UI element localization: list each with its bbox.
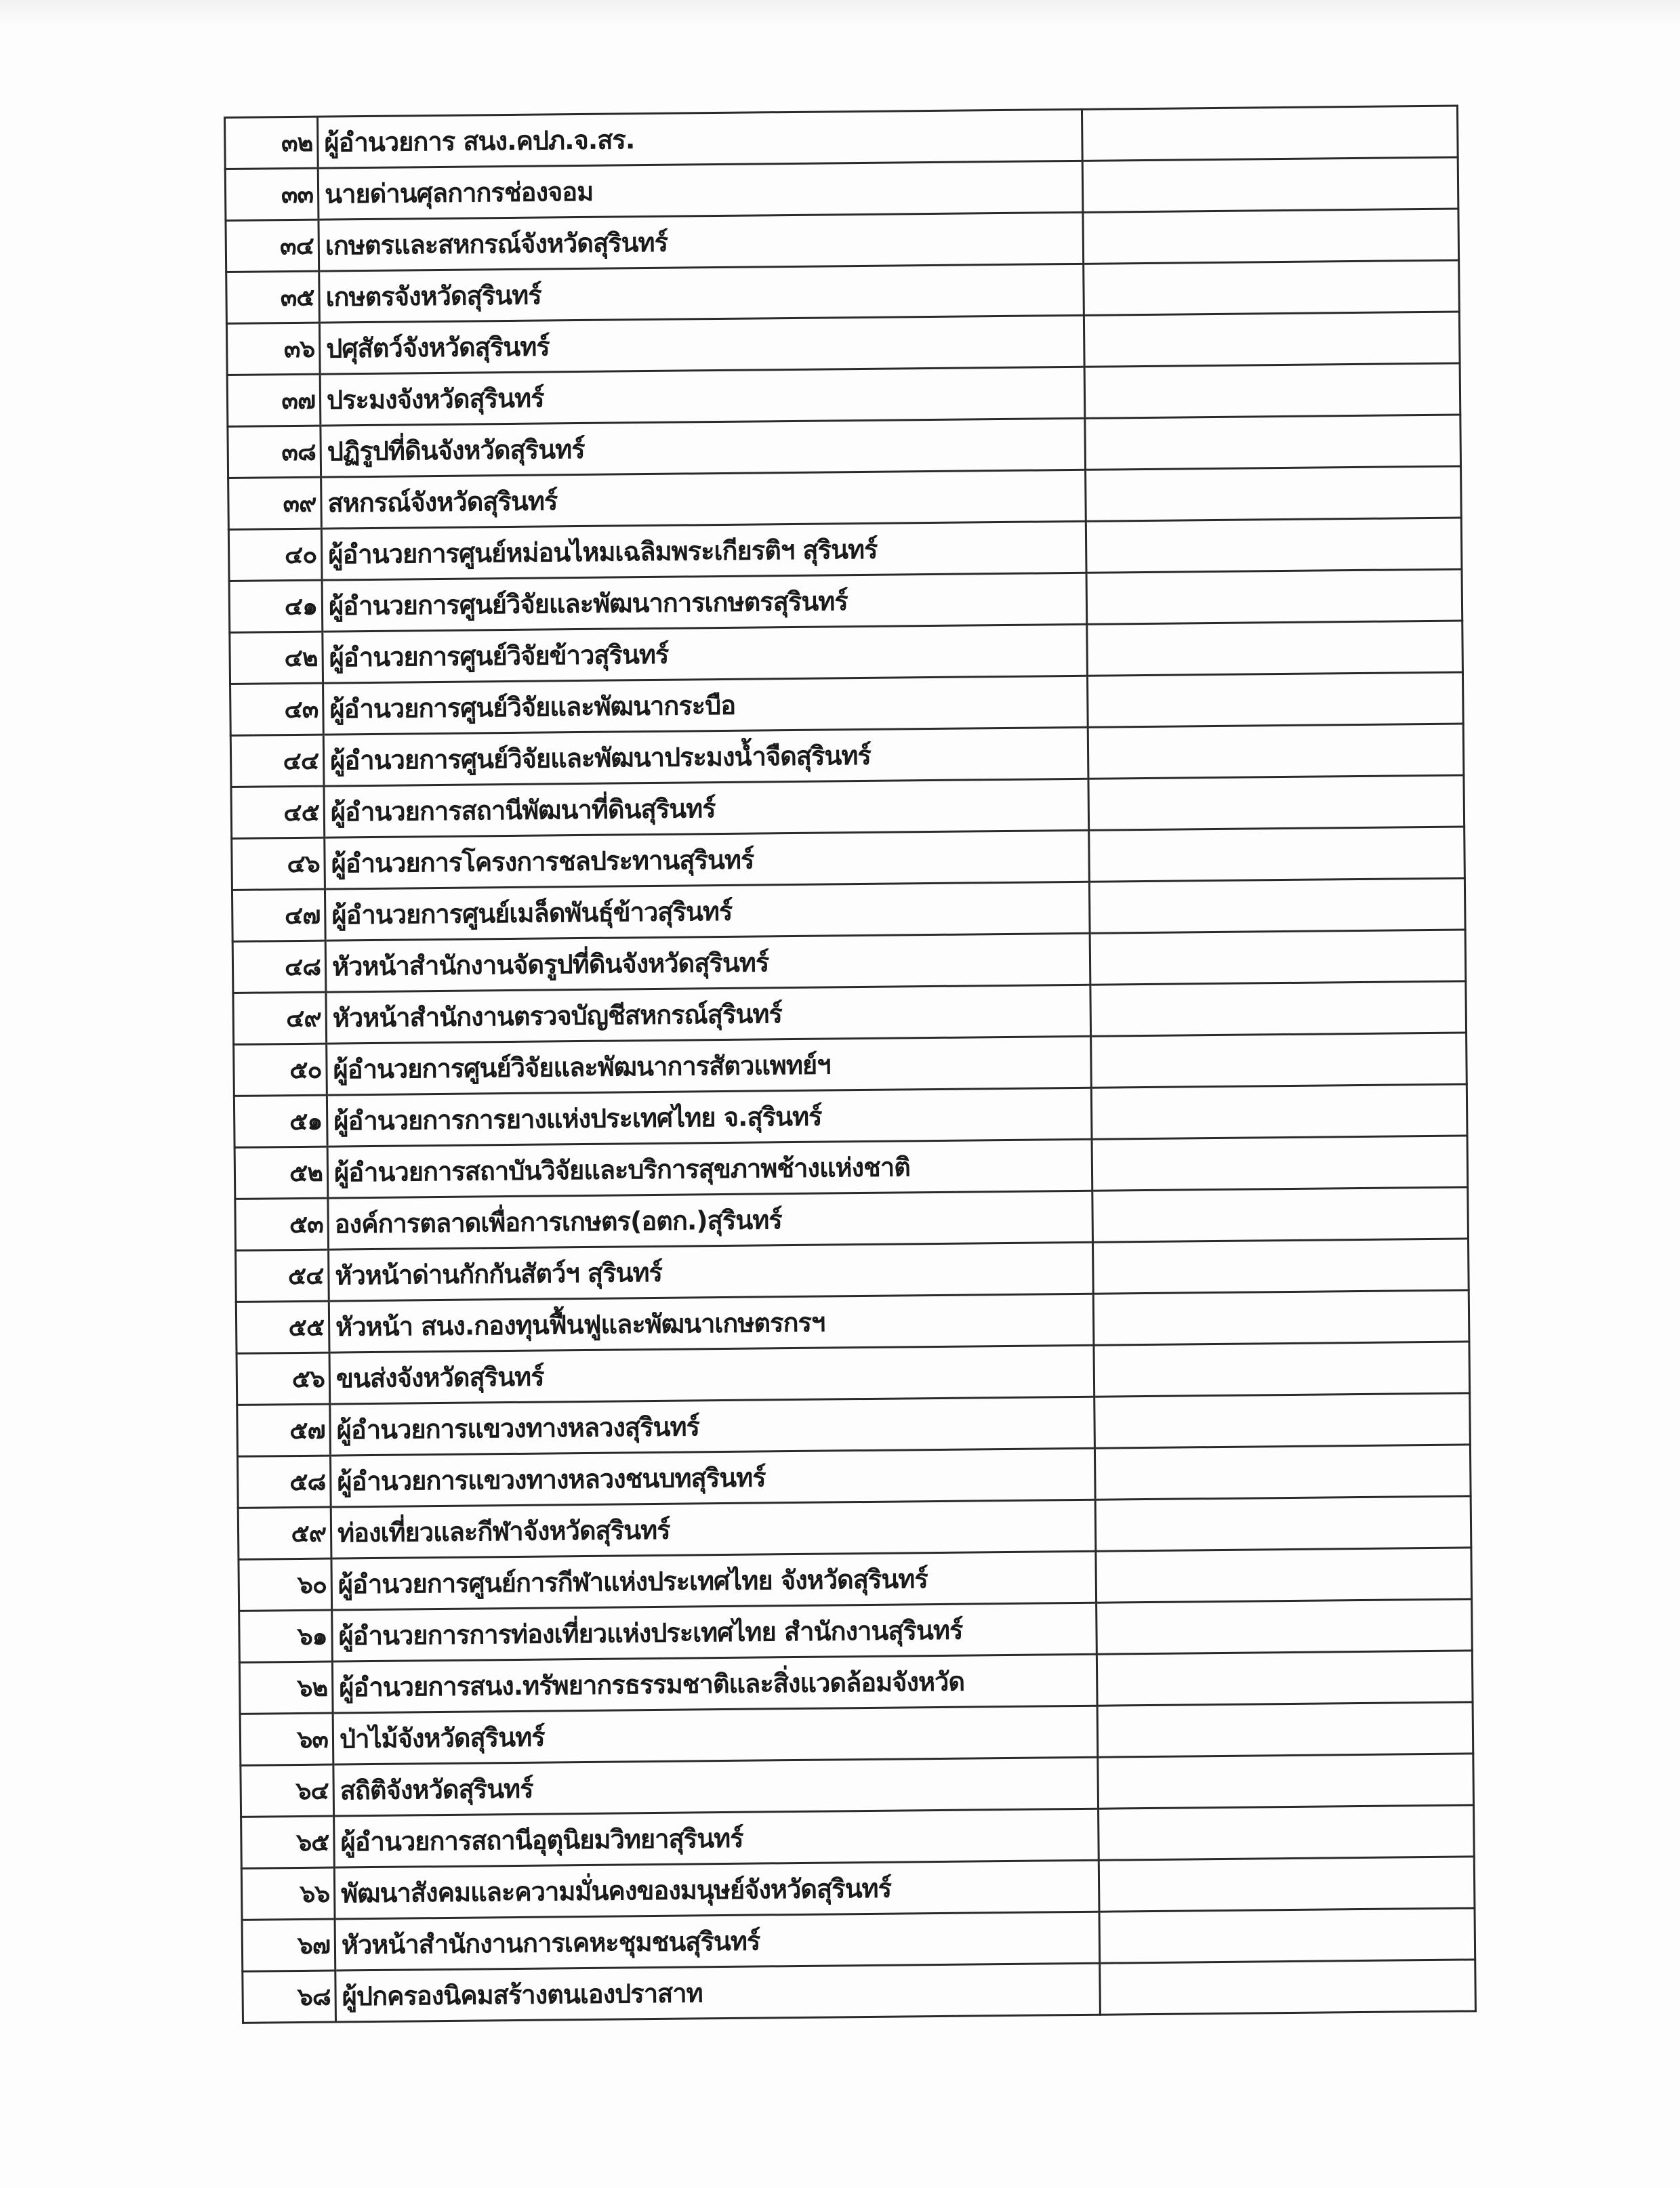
recipient-name: ผู้อำนวยการศูนย์วิจัยข้าวสุรินทร์ (323, 624, 1088, 683)
recipient-name: นายด่านศุลกากรช่องจอม (318, 161, 1083, 220)
row-number: ๓๙ (228, 477, 322, 529)
recipient-name: ท่องเที่ยวและกีฬาจังหวัดสุรินทร์ (331, 1500, 1096, 1559)
row-number: ๖๘ (243, 1970, 336, 2023)
recipient-name: ผู้อำนวยการศูนย์วิจัยและพัฒนาการสัตวแพทย… (327, 1036, 1092, 1095)
row-number: ๔๖ (232, 838, 325, 890)
row-number: ๕๗ (237, 1404, 331, 1456)
signature-cell (1091, 1033, 1467, 1088)
recipient-name: ผู้อำนวยการแขวงทางหลวงสุรินทร์ (330, 1397, 1095, 1456)
recipient-table: ๓๒ ผู้อำนวยการ สนง.คปภ.จ.สร. ๓๓ นายด่านศ… (224, 105, 1477, 2024)
signature-cell (1098, 1754, 1474, 1809)
row-number: ๓๗ (227, 374, 321, 426)
recipient-name: ขนส่งจังหวัดสุรินทร์ (329, 1345, 1094, 1404)
signature-cell (1094, 1393, 1471, 1448)
row-number: ๖๕ (241, 1816, 335, 1868)
row-number: ๖๒ (239, 1661, 333, 1714)
recipient-name: ผู้อำนวยการศูนย์หม่อนไหมเฉลิมพระเกียรติฯ… (321, 521, 1086, 580)
signature-cell (1084, 363, 1460, 418)
recipient-name: ผู้อำนวยการสถานีอุตุนิยมวิทยาสุรินทร์ (334, 1809, 1099, 1867)
signature-cell (1090, 981, 1467, 1036)
recipient-name: ผู้อำนวยการ สนง.คปภ.จ.สร. (318, 109, 1083, 168)
signature-cell (1092, 1187, 1469, 1242)
signature-cell (1090, 930, 1466, 985)
row-number: ๔๓ (230, 683, 324, 735)
signature-cell (1093, 1290, 1469, 1345)
signature-cell (1099, 1857, 1475, 1912)
recipient-name: หัวหน้าด่านกักกันสัตว์ฯ สุรินทร์ (329, 1242, 1094, 1301)
recipient-name: ผู้อำนวยการศูนย์วิจัยและพัฒนาประมงน้ำจืด… (323, 727, 1088, 786)
row-number: ๕๐ (234, 1044, 327, 1096)
recipient-name: หัวหน้า สนง.กองทุนฟื้นฟูและพัฒนาเกษตรกรฯ (329, 1294, 1094, 1353)
recipient-name: เกษตรและสหกรณ์จังหวัดสุรินทร์ (319, 212, 1084, 271)
recipient-name: พัฒนาสังคมและความมั่นคงของมนุษย์จังหวัดส… (334, 1860, 1099, 1919)
row-number: ๓๓ (225, 168, 319, 220)
row-number: ๖๐ (239, 1559, 332, 1611)
row-number: ๔๘ (232, 941, 326, 993)
row-number: ๖๖ (241, 1867, 335, 1920)
row-number: ๔๔ (230, 735, 324, 787)
row-number: ๕๒ (234, 1147, 328, 1199)
row-number: ๖๗ (242, 1919, 335, 1971)
row-number: ๖๓ (240, 1713, 333, 1765)
recipient-name: หัวหน้าสำนักงานตรวจบัญชีสหกรณ์สุรินทร์ (326, 985, 1091, 1044)
signature-cell (1099, 1908, 1475, 1963)
row-number: ๕๕ (236, 1301, 329, 1353)
recipient-name: ผู้อำนวยการศูนย์เมล็ดพันธุ์ข้าวสุรินทร์ (325, 882, 1090, 941)
recipient-name: ผู้อำนวยการสถาบันวิจัยและบริการสุขภาพช้า… (327, 1139, 1092, 1198)
signature-cell (1086, 518, 1462, 573)
recipient-name: ผู้อำนวยการสถานีพัฒนาที่ดินสุรินทร์ (324, 779, 1089, 838)
signature-cell (1086, 569, 1462, 624)
row-number: ๔๐ (228, 529, 322, 581)
row-number: ๕๙ (238, 1507, 331, 1559)
row-number: ๓๕ (226, 271, 320, 323)
signature-cell (1097, 1599, 1473, 1654)
recipient-name: ผู้อำนวยการแขวงทางหลวงชนบทสุรินทร์ (330, 1448, 1095, 1507)
recipient-name: ผู้อำนวยการการยางแห่งประเทศไทย จ.สุรินทร… (327, 1088, 1092, 1147)
signature-cell (1093, 1239, 1469, 1294)
row-number: ๕๖ (237, 1353, 330, 1405)
signature-cell (1092, 1136, 1468, 1191)
row-number: ๕๔ (236, 1250, 329, 1302)
row-number: ๔๒ (230, 632, 323, 684)
recipient-name: ปฏิรูปที่ดินจังหวัดสุรินทร์ (321, 418, 1086, 477)
row-number: ๖๑ (239, 1610, 333, 1662)
recipient-name: ผู้อำนวยการการท่องเที่ยวแห่งประเทศไทย สำ… (332, 1603, 1097, 1661)
recipient-name: ประมงจังหวัดสุรินทร์ (320, 367, 1085, 426)
table-row: ๖๘ ผู้ปกครองนิคมสร้างตนเองปราสาท (243, 1960, 1476, 2023)
recipient-name: ผู้ปกครองนิคมสร้างตนเองปราสาท (335, 1963, 1101, 2022)
recipient-name: ผู้อำนวยการโครงการชลประทานสุรินทร์ (325, 830, 1090, 889)
signature-cell (1089, 878, 1465, 933)
signature-cell (1094, 1342, 1470, 1397)
recipient-name: สหกรณ์จังหวัดสุรินทร์ (321, 470, 1086, 529)
signature-cell (1091, 1084, 1467, 1139)
scanned-page: ๓๒ ผู้อำนวยการ สนง.คปภ.จ.สร. ๓๓ นายด่านศ… (0, 0, 1680, 2188)
signature-cell (1099, 1805, 1475, 1860)
signature-cell (1089, 827, 1465, 882)
recipient-name: เกษตรจังหวัดสุรินทร์ (319, 264, 1084, 323)
signature-cell (1085, 415, 1461, 470)
row-number: ๔๗ (232, 889, 325, 941)
recipient-table-wrapper: ๓๒ ผู้อำนวยการ สนง.คปภ.จ.สร. ๓๓ นายด่านศ… (224, 105, 1477, 2024)
signature-cell (1097, 1651, 1473, 1706)
row-number: ๕๓ (235, 1198, 329, 1250)
signature-cell (1082, 157, 1458, 212)
row-number: ๓๖ (226, 323, 320, 375)
recipient-table-body: ๓๒ ผู้อำนวยการ สนง.คปภ.จ.สร. ๓๓ นายด่านศ… (225, 106, 1476, 2023)
signature-cell (1087, 621, 1463, 676)
recipient-name: สถิติจังหวัดสุรินทร์ (333, 1757, 1099, 1816)
recipient-name: ป่าไม้จังหวัดสุรินทร์ (333, 1706, 1098, 1764)
signature-cell (1086, 466, 1462, 521)
recipient-name: ผู้อำนวยการสนง.ทรัพยากรธรรมชาติและสิ่งแว… (332, 1654, 1097, 1713)
signature-cell (1084, 312, 1460, 367)
signature-cell (1083, 209, 1459, 264)
recipient-name: หัวหน้าสำนักงานจัดรูปที่ดินจังหวัดสุรินท… (325, 933, 1090, 992)
signature-cell (1084, 260, 1460, 315)
signature-cell (1087, 672, 1463, 727)
signature-cell (1100, 1960, 1476, 2015)
row-number: ๕๑ (234, 1095, 327, 1147)
recipient-name: ผู้อำนวยการศูนย์การกีฬาแห่งประเทศไทย จัง… (331, 1551, 1097, 1610)
recipient-name: ผู้อำนวยการศูนย์วิจัยและพัฒนาการเกษตรสุร… (322, 573, 1087, 632)
row-number: ๔๙ (233, 992, 327, 1044)
recipient-name: องค์การตลาดเพื่อการเกษตร(อตก.)สุรินทร์ (328, 1191, 1093, 1250)
row-number: ๕๘ (237, 1456, 331, 1508)
row-number: ๓๔ (226, 220, 319, 272)
row-number: ๓๒ (225, 117, 319, 169)
row-number: ๔๑ (229, 580, 323, 632)
signature-cell (1096, 1548, 1472, 1603)
recipient-name: หัวหน้าสำนักงานการเคหะชุมชนสุรินทร์ (335, 1912, 1100, 1970)
signature-cell (1095, 1496, 1471, 1551)
signature-cell (1094, 1445, 1471, 1500)
row-number: ๓๘ (228, 426, 321, 478)
signature-cell (1082, 106, 1458, 161)
signature-cell (1097, 1702, 1473, 1757)
row-number: ๔๕ (231, 786, 325, 838)
recipient-name: ผู้อำนวยการศูนย์วิจัยและพัฒนากระบือ (323, 676, 1088, 735)
signature-cell (1088, 724, 1464, 779)
signature-cell (1088, 775, 1464, 830)
scan-edge-shadow (0, 0, 1680, 27)
recipient-name: ปศุสัตว์จังหวัดสุรินทร์ (319, 315, 1084, 374)
row-number: ๖๔ (241, 1764, 334, 1817)
